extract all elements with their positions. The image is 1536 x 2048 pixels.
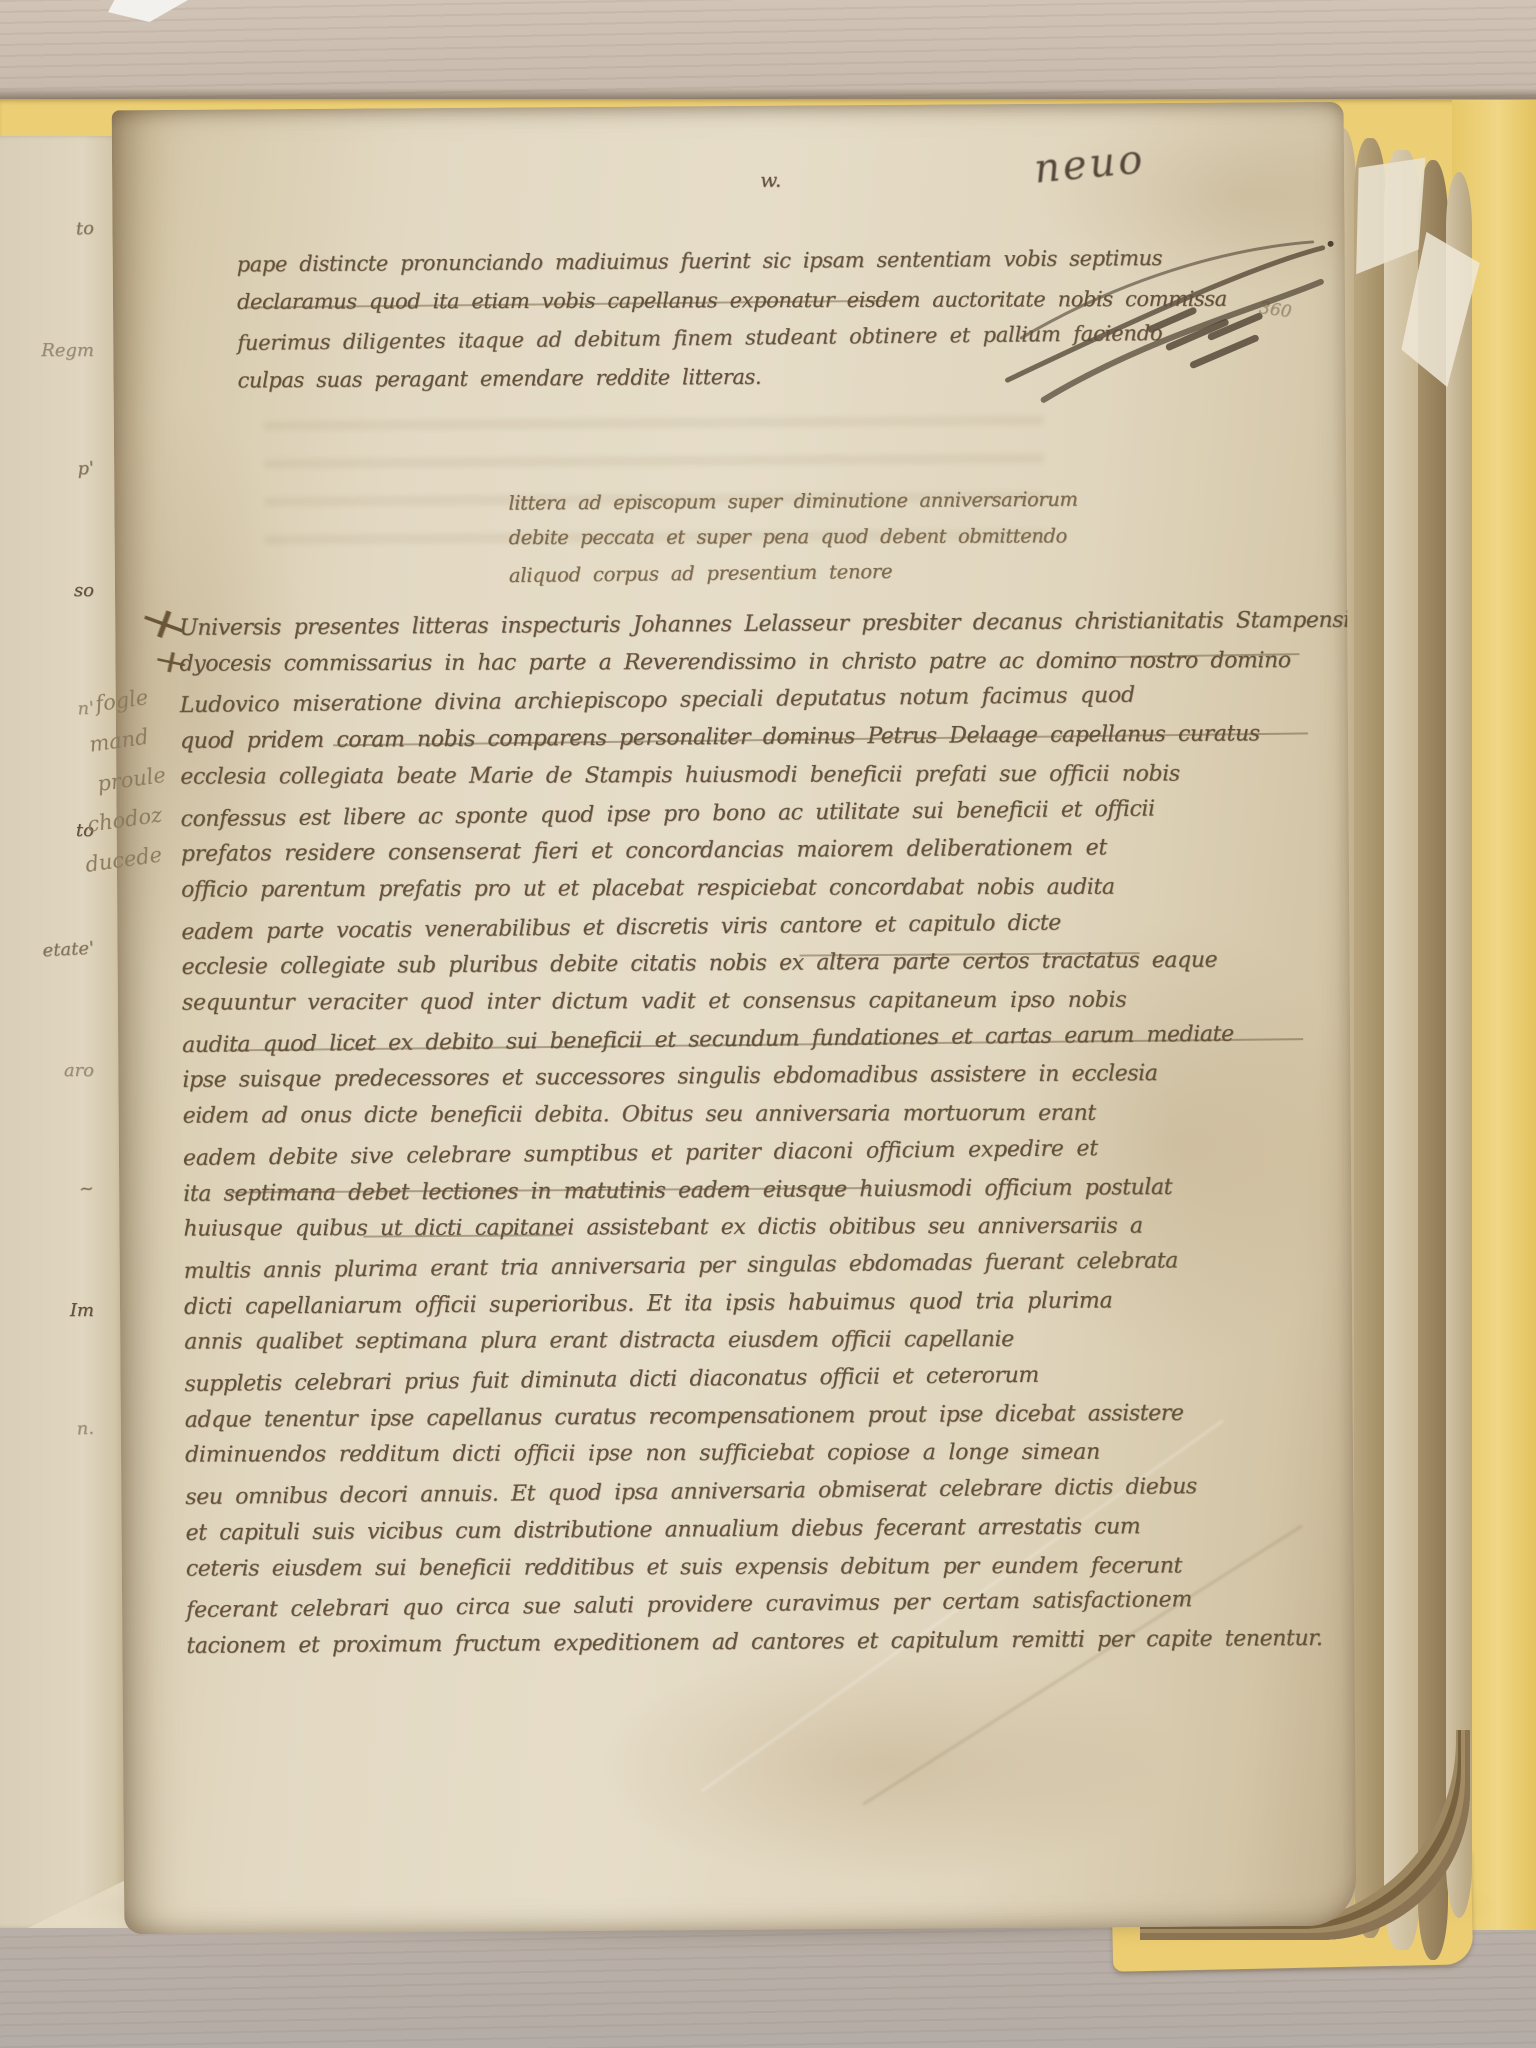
opening-paragraph: pape distincte pronunciando madiuimus fu…	[237, 240, 1058, 400]
left-page-text-fragment: ~	[1, 1178, 94, 1205]
manuscript-text-line: ecclesie collegiate sub pluribus debite …	[182, 941, 1332, 987]
manuscript-photo: to Regm p' so n' to etate' aro ~ Im n.	[0, 0, 1536, 2048]
quire-mark: w.	[760, 168, 781, 192]
left-page-text-fragment: Regm	[2, 340, 94, 362]
manuscript-text-line: Universis presentes litteras inspecturis…	[179, 602, 1329, 648]
rubric-text-line: littera ad episcopum super diminutione a…	[508, 480, 1268, 521]
left-page-text-fragment: to	[1, 218, 94, 245]
fore-edge-pages	[1446, 172, 1472, 1918]
fore-edge-pages	[1354, 138, 1386, 1938]
neuo-annotation: neuo	[1032, 136, 1147, 192]
manuscript-text-line: tacionem et proximum fructum expeditione…	[186, 1620, 1336, 1666]
left-page-text-fragment: aro	[2, 1060, 94, 1082]
left-page-text-fragment: n.	[1, 1418, 94, 1445]
rubric-text-line: debite peccata et super pena quod debent…	[509, 517, 1269, 555]
fore-edge-pages	[1384, 150, 1420, 1950]
manuscript-text-line: ipse suisque predecessores et successore…	[182, 1054, 1332, 1100]
manuscript-text-line: prefatos residere consenserat fieri et c…	[181, 828, 1331, 874]
manuscript-text-line: culpas suas peragant emendare reddite li…	[237, 355, 1057, 399]
fore-edge-pages	[1418, 160, 1448, 1960]
left-page-fragments: to Regm p' so n' to etate' aro ~ Im n.	[2, 220, 94, 1540]
folio-number: 360	[1258, 298, 1293, 322]
manuscript-text-line: quod pridem coram nobis comparens person…	[180, 715, 1330, 761]
left-page-text-fragment: n'	[1, 698, 94, 725]
manuscript-text-line: dicti capellaniarum officii superioribus…	[184, 1280, 1334, 1326]
rubric-text-line: aliquod corpus ad presentium tenore	[509, 550, 1269, 594]
margin-notes: fogle mand proule chodoz ducede	[86, 684, 216, 884]
manuscript-text-line: declaramus quod ita etiam vobis capellan…	[237, 280, 1057, 321]
left-page-text-fragment: etate'	[1, 938, 94, 965]
rubric-heading: littera ad episcopum super diminutione a…	[508, 480, 1269, 592]
cross-glyph: +	[149, 639, 194, 684]
left-page-text-fragment: p'	[1, 458, 94, 485]
left-page-text-fragment: Im	[2, 1300, 94, 1322]
manuscript-text-line: adque tenentur ipse capellanus curatus r…	[185, 1394, 1335, 1440]
manuscript-text-line: et capituli suis vicibus cum distributio…	[185, 1507, 1335, 1553]
left-page-text-fragment: to	[2, 820, 94, 842]
manuscript-page: w. neuo 360 pape distincte pronunciando …	[112, 102, 1357, 1935]
left-page-text-fragment: so	[2, 580, 94, 602]
body-text: Universis presentes litteras inspecturis…	[179, 602, 1336, 1666]
manuscript-text-line: pape distincte pronunciando madiuimus fu…	[237, 240, 1057, 284]
